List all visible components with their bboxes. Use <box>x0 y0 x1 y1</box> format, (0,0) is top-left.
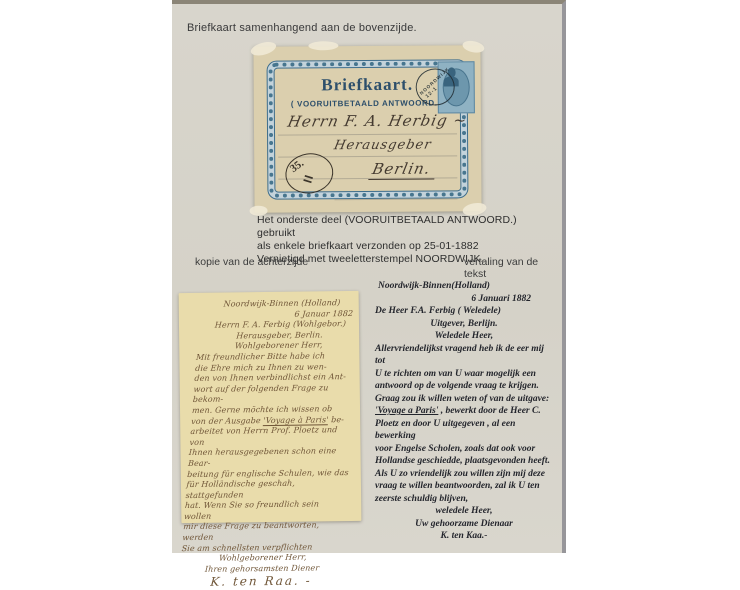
handwritten-card-photo: Noordwijk-Binnen (Holland) 6 Januar 1882… <box>179 291 362 523</box>
handwriting-segment: von der Ausgabe <box>191 416 264 426</box>
caption-line: Het onderste deel (VOORUITBETAALD ANTWOO… <box>257 214 557 240</box>
address-line-2: Herausgeber <box>333 138 433 154</box>
translation-line: Graag zou ik willen weten of van de uitg… <box>375 393 553 406</box>
handwriting-line: Ihnen herausgegebenen schon eine Bear- <box>188 446 354 469</box>
handwriting-text: Noordwijk-Binnen (Holland) 6 Januar 1882… <box>179 298 365 557</box>
translation-line: Hollandse geschiedde, plaatsgevonden hee… <box>375 455 553 468</box>
translation-signature: K. ten Kaa.- <box>375 530 553 543</box>
handwriting-line: den von Ihnen verbindlichst ein Ant- <box>194 372 359 385</box>
handwriting-line: Herrn F. A. Ferbig (Wohlgebor.) <box>198 319 363 332</box>
worn-edge <box>308 41 338 50</box>
header-note: Briefkaart samenhangend aan de bovenzijd… <box>187 22 417 34</box>
caption-line: als enkele briefkaart verzonden op 25-01… <box>257 240 557 253</box>
translation-text: Noordwijk-Binnen(Holland) 6 Januari 1882… <box>375 280 553 543</box>
handwriting-segment: be- <box>328 415 344 424</box>
translation-line: U te richten om van U waar mogelijk een <box>375 368 553 381</box>
noordwijk-postmark: NOORDWIJK 12-1 <box>416 68 455 105</box>
album-page-photo: Briefkaart samenhangend aan de bovenzijd… <box>172 0 566 553</box>
translation-line: Ploetz en door U uitgegeven , al een bew… <box>375 418 553 443</box>
voyage-a-paris-underlined: 'Voyage a Paris' <box>375 406 438 416</box>
left-column-label: kopie van de achterzijde <box>195 256 308 268</box>
worn-corner <box>249 39 277 57</box>
postcard-front-photo: Briefkaart. ( VOORUITBETAALD ANTWOORD. )… <box>253 45 481 213</box>
translation-line: 6 Januari 1882 <box>375 293 553 306</box>
handwriting-line: für Holländische geschah, stattgefunden <box>185 478 351 501</box>
translation-line: Uw gehoorzame Dienaar <box>375 518 553 531</box>
translation-line: Uitgever, Berlijn. <box>375 318 553 331</box>
translation-segment: , bewerkt door de Heer C. <box>438 406 540 416</box>
right-column-label: vertaling van de tekst <box>464 256 562 280</box>
translation-line: Allervriendelijkst vragend heb ik de eer… <box>375 343 553 368</box>
translation-line: Als U zo vriendelijk zou willen zijn mij… <box>375 468 553 481</box>
handwriting-line: wort auf der folgenden Frage zu bekom- <box>192 383 358 406</box>
translation-line: Noordwijk-Binnen(Holland) <box>375 280 553 293</box>
translation-line: zeerste schuldig blijven, <box>375 493 553 506</box>
address-ruled-line <box>334 198 457 200</box>
translation-line: voor Engelse Scholen, zoals dat ook voor <box>375 443 553 456</box>
translation-line: weledele Heer, <box>375 505 553 518</box>
address-line-1: Herrn F. A. Herbig ~ <box>286 111 469 130</box>
worn-corner <box>462 39 486 54</box>
handwriting-line: arbeitet von Herrn Prof. Ploetz und von <box>189 425 355 448</box>
translation-line: De Heer F.A. Ferbig ( Weledele) <box>375 305 553 318</box>
translation-line: antwoord op de volgende vraag te krijgen… <box>375 380 553 393</box>
handwriting-line: mir diese Frage zu beantworten, werden <box>182 521 348 544</box>
address-line-3: Berlin. <box>368 160 438 180</box>
voyage-a-paris-underlined: 'Voyage à Paris' <box>263 415 329 426</box>
translation-line: vraag te willen beantwoorden, zal ik U t… <box>375 480 553 493</box>
handwriting-line: hat. Wenn Sie so freundlich sein wollen <box>184 499 350 522</box>
numeral-postmark-bars: II <box>300 172 316 184</box>
translation-line: Weledele Heer, <box>375 330 553 343</box>
translation-line: 'Voyage a Paris' , bewerkt door de Heer … <box>375 405 553 418</box>
